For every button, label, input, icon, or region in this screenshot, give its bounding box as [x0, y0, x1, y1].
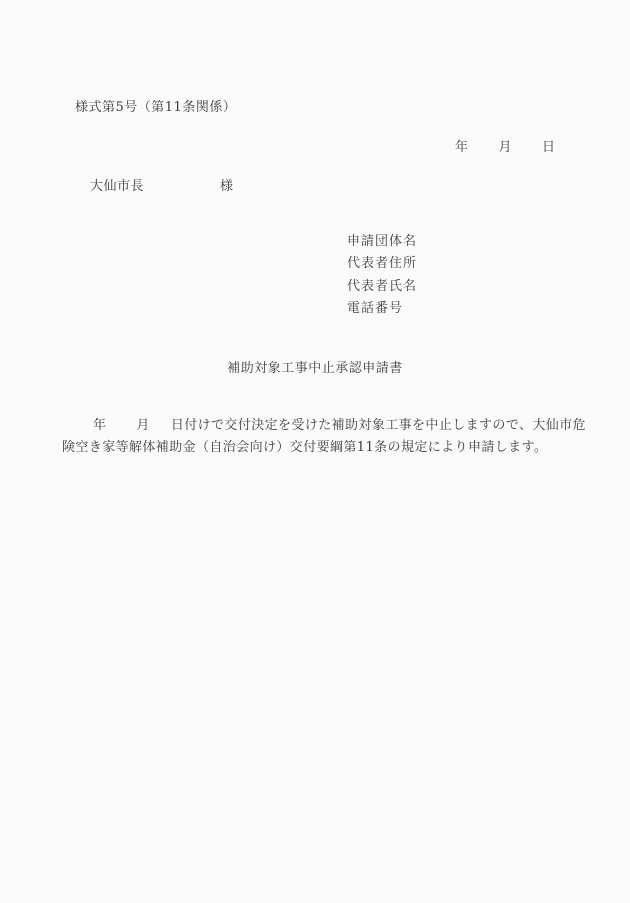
document-page: 様式第5号（第11条関係） 年 月 日 大仙市長様 申請団体名 代表者住所 代表…	[0, 0, 630, 903]
form-number: 様式第5号（第11条関係）	[75, 96, 236, 115]
body-line1-text: 日付けで交付決定を受けた補助対象工事を中止しますので、大仙市危	[171, 418, 586, 433]
body-year-label: 年	[93, 418, 106, 433]
date-line: 年 月 日	[455, 136, 555, 155]
body-month-label: 月	[136, 418, 149, 433]
date-year-label: 年	[455, 136, 468, 155]
addressee-honorific: 様	[220, 179, 234, 194]
document-title: 補助対象工事中止承認申請書	[0, 357, 630, 376]
applicant-field-phone-number: 電話番号	[347, 298, 417, 320]
date-day-label: 日	[542, 136, 555, 155]
applicant-field-group-name: 申請団体名	[347, 231, 417, 253]
body-paragraph-line1: 年月日付けで交付決定を受けた補助対象工事を中止しますので、大仙市危	[93, 414, 586, 433]
applicant-field-representative-address: 代表者住所	[347, 253, 417, 275]
addressee-name: 大仙市長	[90, 179, 144, 194]
applicant-block: 申請団体名 代表者住所 代表者氏名 電話番号	[347, 231, 417, 321]
addressee-line: 大仙市長様	[90, 175, 234, 194]
applicant-field-representative-name: 代表者氏名	[347, 276, 417, 298]
body-paragraph-line2: 険空き家等解体補助金（自治会向け）交付要綱第11条の規定により申請します。	[62, 436, 547, 455]
date-month-label: 月	[498, 136, 511, 155]
